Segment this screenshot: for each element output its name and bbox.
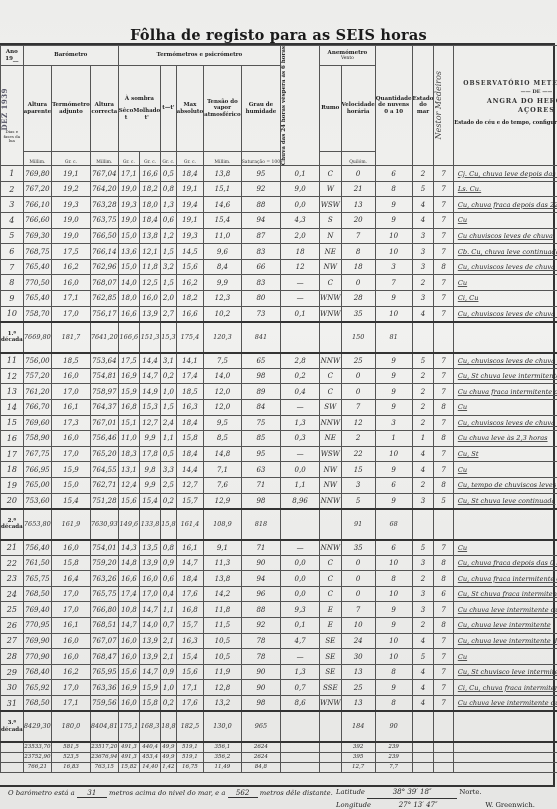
totals-label bbox=[1, 742, 24, 752]
cell-seco: 16,0 bbox=[118, 633, 139, 649]
cell-term: 16,0 bbox=[52, 368, 91, 384]
cell-diff: 0,2 bbox=[161, 493, 176, 509]
header-rumo: Rumo bbox=[320, 66, 342, 152]
date-stamp: DEZ 1939 bbox=[1, 88, 9, 130]
total-max: 519,1 bbox=[176, 752, 203, 762]
cell-term: 15,9 bbox=[52, 462, 91, 478]
cell-sky-description: Cu, chuviscos leves de chuva durante a n… bbox=[453, 259, 557, 275]
cell-nuv: 9 bbox=[375, 680, 412, 696]
cell-max: 15,6 bbox=[176, 664, 203, 680]
cell-vel: 22 bbox=[341, 446, 375, 462]
cell-seco: 19,0 bbox=[118, 181, 139, 197]
cell-alt-cor: 763,28 bbox=[90, 197, 118, 213]
decade-alt-ap: 8429,30 bbox=[23, 711, 51, 742]
cell-vel: 24 bbox=[341, 633, 375, 649]
total-alt-cor: 23676,94 bbox=[90, 752, 118, 762]
header-tensao: Tensão do vapor atmosférico bbox=[204, 66, 242, 152]
day-number: 13 bbox=[1, 384, 24, 400]
cell-signature-col: 7 bbox=[434, 415, 453, 431]
cell-hum: 83 bbox=[241, 275, 280, 291]
table-row: 4766,6019,0763,7519,018,40,619,115,4944,… bbox=[1, 213, 557, 229]
cell-sky-description: Cu, chuva leve intermitente bbox=[453, 618, 557, 634]
day-number: 10 bbox=[1, 306, 24, 322]
cell-alt-ap: 765,92 bbox=[23, 680, 51, 696]
day-number: 9 bbox=[1, 290, 24, 306]
cell-alt-cor: 768,47 bbox=[90, 649, 118, 665]
cell-rumo: NE bbox=[320, 244, 342, 260]
title-suffix: horas bbox=[375, 27, 427, 44]
cell-molh: 15,3 bbox=[139, 399, 160, 415]
cell-nuv: 9 bbox=[375, 353, 412, 369]
cell-alt-ap: 768,75 bbox=[23, 244, 51, 260]
table-row: 18766,9515,9764,5513,19,83,314,47,1630,0… bbox=[1, 462, 557, 478]
table-row: 16758,9016,0756,4611,09,91,115,88,5850,3… bbox=[1, 431, 557, 447]
total-alt-ap: 23752,90 bbox=[23, 752, 51, 762]
table-row: 22761,5015,8759,2014,813,90,914,711,3900… bbox=[1, 555, 557, 571]
table-row: 26770,9516,1768,5114,714,00,715,711,5920… bbox=[1, 618, 557, 634]
cell-term: 16,2 bbox=[52, 664, 91, 680]
decade-molh: 151,3 bbox=[139, 322, 160, 353]
cell-nuv: 8 bbox=[375, 664, 412, 680]
cell-signature-col: 7 bbox=[434, 540, 453, 556]
total-alt-ap: 23533,70 bbox=[23, 742, 51, 752]
cell-nuv: 10 bbox=[375, 586, 412, 602]
total-molh: 453,4 bbox=[139, 752, 160, 762]
cell-rumo: C bbox=[320, 586, 342, 602]
decade-tens: 130,0 bbox=[204, 711, 242, 742]
cell-signature-col: 7 bbox=[434, 602, 453, 618]
cell-molh: 15,8 bbox=[139, 696, 160, 712]
day-number: 26 bbox=[1, 618, 24, 634]
cell-tens: 14,6 bbox=[204, 197, 242, 213]
cell-rumo: SE bbox=[320, 633, 342, 649]
cell-mar: 3 bbox=[412, 493, 434, 509]
cell-alt-cor: 763,36 bbox=[90, 680, 118, 696]
decade-hum: 818 bbox=[241, 509, 280, 540]
cell-molh: 12,7 bbox=[139, 415, 160, 431]
cell-hum: 66 bbox=[241, 259, 280, 275]
cell-sky-description: Cu, chuva fraca intermitente durante a n… bbox=[453, 571, 557, 587]
cell-hum: 98 bbox=[241, 493, 280, 509]
cell-alt-cor: 759,20 bbox=[90, 555, 118, 571]
cell-mar: 3 bbox=[412, 244, 434, 260]
cell-sky-description: Cu, St chuva leve continuada bbox=[453, 493, 557, 509]
cell-rumo: WNW bbox=[320, 696, 342, 712]
cell-rumo: SE bbox=[320, 664, 342, 680]
unit-millim: Millim. bbox=[204, 152, 242, 166]
cell-seco: 16,6 bbox=[118, 571, 139, 587]
header-estado-ceu: OBSERVATÓRIO METEOROLÓGICO —— DE —— ANGR… bbox=[453, 46, 557, 166]
cell-tens: 11,8 bbox=[204, 602, 242, 618]
cell-max: 15,7 bbox=[176, 618, 203, 634]
cell-hum: 85 bbox=[241, 431, 280, 447]
cell-alt-ap: 769,40 bbox=[23, 602, 51, 618]
cell-seco: 15,1 bbox=[118, 415, 139, 431]
table-row: 15769,6017,3767,0115,112,72,418,49,5751,… bbox=[1, 415, 557, 431]
cell-alt-cor: 764,55 bbox=[90, 462, 118, 478]
header-signature: Nestor Medeiros bbox=[434, 46, 453, 166]
cell-term: 16,4 bbox=[52, 571, 91, 587]
decade-seco: 175,1 bbox=[118, 711, 139, 742]
cell-vel: 15 bbox=[341, 462, 375, 478]
cell-tens: 8,5 bbox=[204, 431, 242, 447]
cell-alt-cor: 767,04 bbox=[90, 166, 118, 182]
cell-diff: 1,0 bbox=[161, 384, 176, 400]
cell-seco: 14,0 bbox=[118, 275, 139, 291]
cell-max: 19,3 bbox=[176, 228, 203, 244]
cell-molh: 14,9 bbox=[139, 384, 160, 400]
cell-max: 19,4 bbox=[176, 197, 203, 213]
cell-signature-col: 8 bbox=[434, 571, 453, 587]
cell-molh: 9,8 bbox=[139, 462, 160, 478]
cell-tens: 15,4 bbox=[204, 213, 242, 229]
cell-vel: 20 bbox=[341, 213, 375, 229]
cell-chuva: 0,0 bbox=[281, 555, 320, 571]
latitude-value: 38° 39′ 18″ bbox=[367, 786, 457, 799]
unit-gr-c: Gr. c. bbox=[52, 152, 91, 166]
cell-tens: 13,2 bbox=[204, 696, 242, 712]
decade-max: 175,4 bbox=[176, 322, 203, 353]
decade-vel: 184 bbox=[341, 711, 375, 742]
cell-vel: 13 bbox=[341, 696, 375, 712]
cell-tens: 10,5 bbox=[204, 633, 242, 649]
day-number: 12 bbox=[1, 368, 24, 384]
cell-term: 19,1 bbox=[52, 166, 91, 182]
day-number: 22 bbox=[1, 555, 24, 571]
cell-chuva: 0,7 bbox=[281, 680, 320, 696]
cell-term: 17,0 bbox=[52, 306, 91, 322]
cell-hum: 65 bbox=[241, 353, 280, 369]
cell-seco: 19,0 bbox=[118, 213, 139, 229]
cell-tens: 14,0 bbox=[204, 368, 242, 384]
cell-hum: 95 bbox=[241, 166, 280, 182]
cell-tens: 12,3 bbox=[204, 290, 242, 306]
day-number: 19 bbox=[1, 477, 24, 493]
cell-rumo: N bbox=[320, 228, 342, 244]
cell-rumo: C bbox=[320, 571, 342, 587]
cell-mar: 3 bbox=[412, 228, 434, 244]
cell-alt-cor: 754,81 bbox=[90, 368, 118, 384]
header-estado-ceu-text: Estado do céu e do tempo, configuração d… bbox=[454, 120, 557, 126]
cell-max: 17,6 bbox=[176, 586, 203, 602]
cell-seco: 15,6 bbox=[118, 664, 139, 680]
total-tens: 356,2 bbox=[204, 752, 242, 762]
cell-molh: 13,9 bbox=[139, 649, 160, 665]
cell-vel: 25 bbox=[341, 680, 375, 696]
decade-tens: 108,9 bbox=[204, 509, 242, 540]
cell-vel: 21 bbox=[341, 181, 375, 197]
cell-mar: 2 bbox=[412, 415, 434, 431]
cell-hum: 89 bbox=[241, 384, 280, 400]
cell-alt-ap: 766,70 bbox=[23, 399, 51, 415]
cell-seco: 13,1 bbox=[118, 462, 139, 478]
cell-term: 17,3 bbox=[52, 415, 91, 431]
total-vel: 12,7 bbox=[341, 762, 375, 772]
cell-mar: 5 bbox=[412, 649, 434, 665]
cell-mar: 3 bbox=[412, 586, 434, 602]
cell-nuv: 9 bbox=[375, 368, 412, 384]
cell-chuva: 9,3 bbox=[281, 602, 320, 618]
cell-hum: 90 bbox=[241, 680, 280, 696]
cell-nuv: 1 bbox=[375, 431, 412, 447]
cell-alt-cor: 762,96 bbox=[90, 259, 118, 275]
cell-nuv: 9 bbox=[375, 462, 412, 478]
cell-tens: 12,0 bbox=[204, 399, 242, 415]
cell-chuva: 0,0 bbox=[281, 462, 320, 478]
total-tens: 356,1 bbox=[204, 742, 242, 752]
cell-signature-col: 7 bbox=[434, 290, 453, 306]
day-number: 3 bbox=[1, 197, 24, 213]
header-termometros: Termómetros e psicrómetro bbox=[118, 46, 280, 66]
cell-alt-ap: 766,10 bbox=[23, 197, 51, 213]
cell-signature-col: 7 bbox=[434, 306, 453, 322]
cell-hum: 75 bbox=[241, 415, 280, 431]
cell-term: 17,5 bbox=[52, 244, 91, 260]
decade-signature-col bbox=[434, 509, 453, 540]
total-rumo bbox=[320, 762, 342, 772]
table-row: 20753,6015,4751,2815,615,40,215,712,9988… bbox=[1, 493, 557, 509]
cell-alt-cor: 756,17 bbox=[90, 306, 118, 322]
observatory-stamp: OBSERVATÓRIO METEOROLÓGICO —— DE —— ANGR… bbox=[454, 80, 557, 114]
cell-diff: 0,8 bbox=[161, 540, 176, 556]
day-number: 17 bbox=[1, 446, 24, 462]
unit-millim: Millim. bbox=[23, 152, 51, 166]
table-row: 21756,4016,0754,0114,313,50,816,19,171—N… bbox=[1, 540, 557, 556]
cell-vel: 0 bbox=[341, 384, 375, 400]
decade-label: 1.ª década bbox=[1, 322, 24, 353]
cell-alt-ap: 758,90 bbox=[23, 431, 51, 447]
cell-molh: 13,5 bbox=[139, 540, 160, 556]
table-row: 13761,2017,0758,9715,914,91,018,512,0890… bbox=[1, 384, 557, 400]
cell-alt-ap: 767,75 bbox=[23, 446, 51, 462]
cell-tens: 14,2 bbox=[204, 586, 242, 602]
cell-hum: 96 bbox=[241, 586, 280, 602]
cell-rumo: NW bbox=[320, 477, 342, 493]
cell-hum: 98 bbox=[241, 696, 280, 712]
cell-term: 19,3 bbox=[52, 197, 91, 213]
barometer-suffix: metros dêle distante. bbox=[260, 789, 333, 797]
cell-mar: 4 bbox=[412, 306, 434, 322]
total-mar bbox=[412, 762, 434, 772]
cell-alt-ap: 768,50 bbox=[23, 586, 51, 602]
cell-chuva: 9,0 bbox=[281, 181, 320, 197]
cell-signature-col: 7 bbox=[434, 384, 453, 400]
cell-sky-description: Cu bbox=[453, 649, 557, 665]
totals-row: 23533,70581,523517,20491,3440,449,9519,1… bbox=[1, 742, 557, 752]
cell-nuv: 10 bbox=[375, 649, 412, 665]
barometer-distance: 562 bbox=[228, 789, 258, 798]
cell-hum: 78 bbox=[241, 633, 280, 649]
cell-term: 19,0 bbox=[52, 213, 91, 229]
cell-max: 14,1 bbox=[176, 353, 203, 369]
header-velocidade: Velocidade horária bbox=[341, 66, 375, 152]
cell-tens: 10,5 bbox=[204, 649, 242, 665]
cell-mar: 4 bbox=[412, 664, 434, 680]
cell-chuva: 0,0 bbox=[281, 586, 320, 602]
cell-seco: 16,0 bbox=[118, 696, 139, 712]
cell-molh: 18,4 bbox=[139, 213, 160, 229]
decade-alt-cor: 7641,20 bbox=[90, 322, 118, 353]
cell-mar: 3 bbox=[412, 290, 434, 306]
cell-diff: 0,2 bbox=[161, 368, 176, 384]
cell-max: 18,5 bbox=[176, 384, 203, 400]
cell-chuva: 8,96 bbox=[281, 493, 320, 509]
table-row: 7765,4016,2762,9615,011,83,215,68,46612N… bbox=[1, 259, 557, 275]
cell-alt-cor: 751,28 bbox=[90, 493, 118, 509]
cell-tens: 7,5 bbox=[204, 353, 242, 369]
cell-chuva: — bbox=[281, 540, 320, 556]
total-signature-col bbox=[434, 742, 453, 752]
cell-max: 14,4 bbox=[176, 462, 203, 478]
cell-alt-ap: 761,20 bbox=[23, 384, 51, 400]
cell-vel: 12 bbox=[341, 415, 375, 431]
cell-molh: 15,9 bbox=[139, 680, 160, 696]
cell-vel: 28 bbox=[341, 290, 375, 306]
cell-max: 18,2 bbox=[176, 290, 203, 306]
table-row: 23765,7516,4763,2616,616,00,618,413,8940… bbox=[1, 571, 557, 587]
cell-alt-ap: 769,90 bbox=[23, 633, 51, 649]
cell-nuv: 9 bbox=[375, 399, 412, 415]
barometer-prefix: O barómetro está a bbox=[8, 789, 75, 797]
cell-signature-col: 8 bbox=[434, 618, 453, 634]
cell-signature-col: 7 bbox=[434, 181, 453, 197]
day-number: 16 bbox=[1, 431, 24, 447]
cell-alt-cor: 762,71 bbox=[90, 477, 118, 493]
decade-description bbox=[453, 711, 557, 742]
cell-seco: 16,6 bbox=[118, 306, 139, 322]
cell-sky-description: Cu, chuviscos leves de chuva durante a n… bbox=[453, 353, 557, 369]
cell-alt-ap: 770,90 bbox=[23, 649, 51, 665]
day-number: 11 bbox=[1, 353, 24, 369]
cell-vel: 13 bbox=[341, 664, 375, 680]
cell-vel: 13 bbox=[341, 197, 375, 213]
decade-alt-cor: 8404,81 bbox=[90, 711, 118, 742]
barometer-middle: metros acima do nivel do mar, e a bbox=[109, 789, 225, 797]
latitude-label: Latitude bbox=[336, 788, 365, 796]
cell-chuva: 2,0 bbox=[281, 228, 320, 244]
cell-term: 17,0 bbox=[52, 680, 91, 696]
table-row: 14766,7016,1764,3716,815,31,516,312,084—… bbox=[1, 399, 557, 415]
unit-gr-c: Gr. c. bbox=[161, 152, 176, 166]
cell-term: 15,8 bbox=[52, 555, 91, 571]
cell-nuv: 9 bbox=[375, 197, 412, 213]
cell-alt-ap: 765,75 bbox=[23, 571, 51, 587]
cell-vel: 0 bbox=[341, 166, 375, 182]
day-number: 29 bbox=[1, 664, 24, 680]
total-rumo bbox=[320, 752, 342, 762]
cell-chuva: 1,3 bbox=[281, 415, 320, 431]
header-date-stamp: DEZ 1939Dias e fases da lua bbox=[1, 66, 24, 166]
cell-alt-cor: 753,64 bbox=[90, 353, 118, 369]
cell-hum: 71 bbox=[241, 540, 280, 556]
day-number: 7 bbox=[1, 259, 24, 275]
day-number: 24 bbox=[1, 586, 24, 602]
cell-molh: 14,7 bbox=[139, 602, 160, 618]
cell-nuv: 8 bbox=[375, 571, 412, 587]
cell-seco: 19,3 bbox=[118, 197, 139, 213]
cell-tens: 15,1 bbox=[204, 181, 242, 197]
total-hum: 2624 bbox=[241, 752, 280, 762]
cell-molh: 17,0 bbox=[139, 586, 160, 602]
cell-hum: 83 bbox=[241, 244, 280, 260]
cell-rumo: E bbox=[320, 618, 342, 634]
cell-alt-ap: 770,95 bbox=[23, 618, 51, 634]
cell-chuva: 2,8 bbox=[281, 353, 320, 369]
cell-mar: 4 bbox=[412, 197, 434, 213]
cell-vel: 18 bbox=[341, 259, 375, 275]
cell-nuv: 3 bbox=[375, 415, 412, 431]
cell-term: 16,1 bbox=[52, 618, 91, 634]
cell-hum: 92 bbox=[241, 618, 280, 634]
cell-seco: 15,0 bbox=[118, 228, 139, 244]
day-number: 28 bbox=[1, 649, 24, 665]
cell-rumo: WNW bbox=[320, 290, 342, 306]
table-row: 17767,7517,0765,2018,317,80,518,414,895—… bbox=[1, 446, 557, 462]
decade-nuv: 81 bbox=[375, 322, 412, 353]
cell-diff: 2,0 bbox=[161, 290, 176, 306]
total-seco: 491,3 bbox=[118, 742, 139, 752]
cell-max: 16,3 bbox=[176, 633, 203, 649]
latitude-direction: Norte. bbox=[459, 788, 481, 796]
header-humidade: Grau de humidade bbox=[241, 66, 280, 152]
total-description bbox=[453, 762, 557, 772]
cell-tens: 10,2 bbox=[204, 306, 242, 322]
cell-hum: 98 bbox=[241, 368, 280, 384]
cell-tens: 9,9 bbox=[204, 275, 242, 291]
cell-mar: 2 bbox=[412, 618, 434, 634]
cell-vel: 0 bbox=[341, 586, 375, 602]
cell-chuva: 18 bbox=[281, 244, 320, 260]
cell-sky-description: Ci, Cu, chuva fraca intermitente durante… bbox=[453, 680, 557, 696]
cell-rumo: C bbox=[320, 368, 342, 384]
cell-signature-col: 7 bbox=[434, 696, 453, 712]
cell-tens: 11,5 bbox=[204, 618, 242, 634]
cell-vel: 25 bbox=[341, 353, 375, 369]
cell-term: 17,0 bbox=[52, 446, 91, 462]
decade-molh: 133,8 bbox=[139, 509, 160, 540]
total-description bbox=[453, 752, 557, 762]
cell-alt-cor: 765,20 bbox=[90, 446, 118, 462]
decade-seco: 149,6 bbox=[118, 509, 139, 540]
cell-signature-col: 7 bbox=[434, 462, 453, 478]
day-number: 21 bbox=[1, 540, 24, 556]
barometer-height: 31 bbox=[77, 789, 107, 798]
cell-diff: 1,1 bbox=[161, 431, 176, 447]
cell-tens: 13,8 bbox=[204, 571, 242, 587]
cell-mar: 5 bbox=[412, 353, 434, 369]
total-alt-cor: 23517,20 bbox=[90, 742, 118, 752]
cell-mar: 2 bbox=[412, 166, 434, 182]
total-alt-cor: 763,15 bbox=[90, 762, 118, 772]
cell-mar: 2 bbox=[412, 275, 434, 291]
cell-chuva: 0,1 bbox=[281, 166, 320, 182]
cell-term: 16,0 bbox=[52, 540, 91, 556]
table-row: 6768,7517,5766,1413,612,11,514,59,68318N… bbox=[1, 244, 557, 260]
table-row: 25769,4017,0766,8010,814,71,116,811,8889… bbox=[1, 602, 557, 618]
cell-sky-description: Cj. Cu, chuva leve depois das 22h bbox=[453, 166, 557, 182]
cell-alt-ap: 756,40 bbox=[23, 540, 51, 556]
cell-nuv: 10 bbox=[375, 446, 412, 462]
cell-chuva: 4,7 bbox=[281, 633, 320, 649]
table-row: 30765,9217,0763,3616,915,91,017,112,8900… bbox=[1, 680, 557, 696]
cell-rumo: C bbox=[320, 275, 342, 291]
cell-sky-description: Cu bbox=[453, 540, 557, 556]
header-a-sombra: À sombraSêco tMolhado t' bbox=[118, 66, 160, 152]
cell-chuva: 0,3 bbox=[281, 431, 320, 447]
header-seco: Sêco t bbox=[119, 108, 134, 121]
cell-hum: 84 bbox=[241, 399, 280, 415]
stamp-de: —— DE —— bbox=[454, 89, 557, 95]
